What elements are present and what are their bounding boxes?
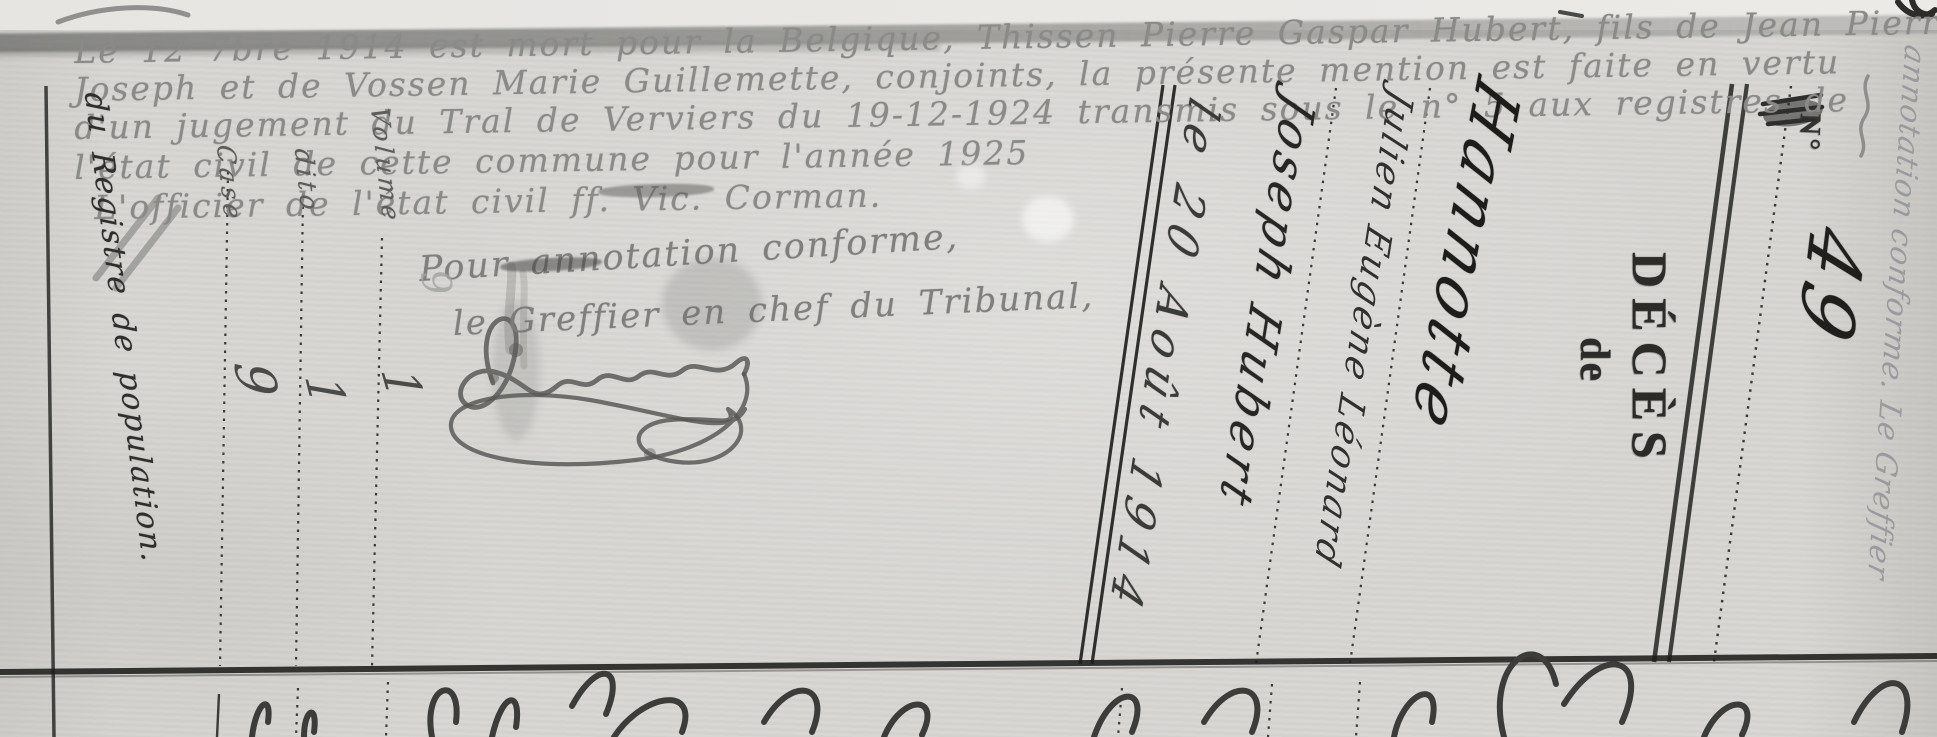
ink-wash-2 — [492, 300, 540, 440]
record-type-stamp: DÉCÈS de — [1570, 252, 1678, 469]
ink-wash-1 — [662, 258, 762, 350]
register-column-value-volume: 1 — [368, 368, 434, 399]
death-register-scan: Le 12 7bre 1914 est mort pour la Belgiqu… — [0, 0, 1937, 737]
glare-spot-2 — [956, 164, 986, 190]
register-column-value-case: 9 — [220, 362, 289, 397]
register-column-value-dito: 1 — [292, 376, 357, 406]
record-type-word: DÉCÈS — [1621, 252, 1679, 469]
record-number-label: N° — [1792, 113, 1827, 154]
glare-spot-1 — [1022, 196, 1074, 242]
record-type-de: de — [1570, 337, 1618, 469]
